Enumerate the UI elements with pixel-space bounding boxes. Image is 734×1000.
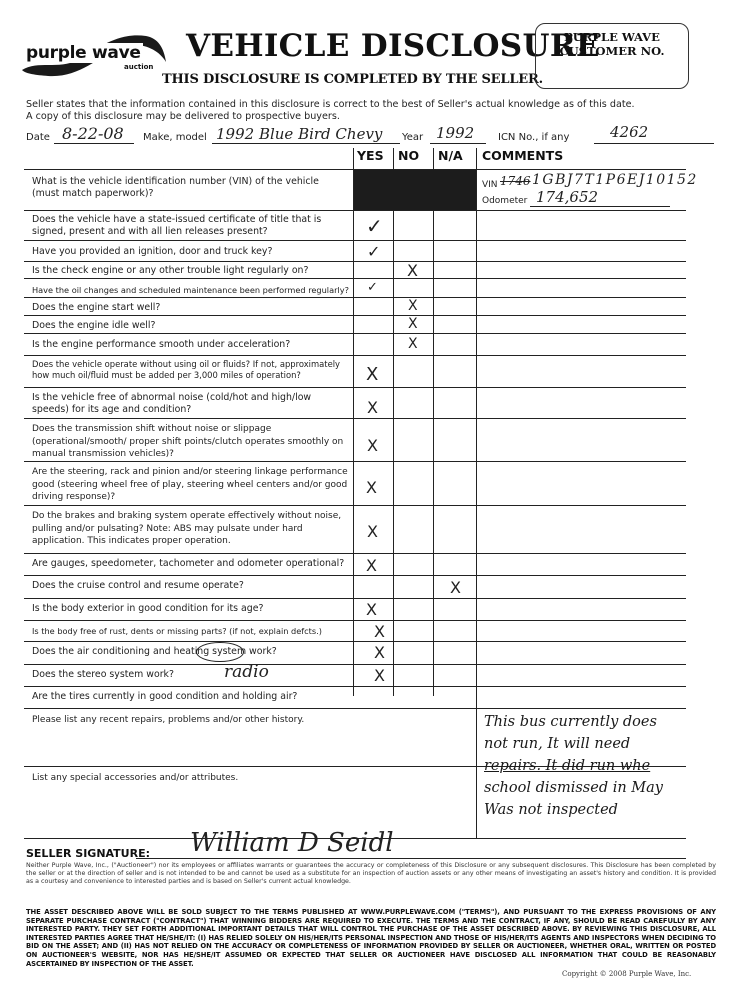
- logo-subtext: auction: [124, 63, 153, 71]
- column-header-comments: COMMENTS: [482, 148, 563, 163]
- answer-yes-brakes[interactable]: X: [367, 522, 378, 541]
- question-abnormal-noise: Is the vehicle free of abnormal noise (c…: [32, 392, 342, 416]
- answer-yes-oil-changes[interactable]: ✓: [367, 280, 378, 295]
- answer-no-engine-start[interactable]: X: [408, 298, 418, 314]
- date-label: Date: [26, 132, 50, 143]
- disclaimer-text: Neither Purple Wave, Inc., ("Auctioneer"…: [26, 862, 716, 886]
- year-value: 1992: [436, 124, 474, 142]
- question-oil-fluids: Does the vehicle operate without using o…: [32, 359, 350, 381]
- heating-circle-annotation: [196, 642, 244, 662]
- copyright-text: Copyright © 2008 Purple Wave, Inc.: [562, 970, 691, 978]
- page-subtitle: THIS DISCLOSURE IS COMPLETED BY THE SELL…: [162, 72, 543, 87]
- icn-label: ICN No., if any: [498, 132, 569, 143]
- customer-box-label-1: PURPLE WAVE: [564, 30, 660, 44]
- intro-line-2: A copy of this disclosure may be deliver…: [26, 111, 726, 123]
- vin-value[interactable]: 1GBJ7T1P6EJ10152: [532, 172, 698, 188]
- intro-text: Seller states that the information conta…: [26, 99, 726, 123]
- comment-line: school dismissed in May: [484, 777, 689, 799]
- question-keys: Have you provided an ignition, door and …: [32, 246, 272, 258]
- intro-line-1: Seller states that the information conta…: [26, 99, 726, 111]
- question-engine-performance: Is the engine performance smooth under a…: [32, 339, 290, 351]
- year-label: Year: [402, 132, 423, 143]
- year-field[interactable]: 1992: [430, 126, 486, 144]
- stereo-note: radio: [224, 662, 269, 682]
- seller-signature-value: William D Seidl: [190, 828, 394, 858]
- answer-no-engine-performance[interactable]: X: [408, 336, 418, 352]
- answer-yes-oil-fluids[interactable]: X: [366, 364, 378, 385]
- answer-yes-stereo[interactable]: X: [374, 666, 385, 685]
- column-header-na: N/A: [438, 148, 463, 163]
- answer-no-check-engine[interactable]: X: [407, 261, 418, 280]
- customer-number-box[interactable]: PURPLE WAVE CUSTOMER NO.: [535, 23, 689, 89]
- make-model-label: Make, model: [143, 132, 207, 143]
- answer-yes-keys[interactable]: ✓: [367, 242, 380, 261]
- purple-wave-logo: purple wave auction: [18, 30, 178, 82]
- odometer-value: 174,652: [536, 188, 598, 206]
- answer-na-cruise-control[interactable]: X: [450, 578, 461, 597]
- comments-handwritten[interactable]: This bus currently does not run, It will…: [484, 711, 689, 821]
- answer-yes-gauges[interactable]: X: [366, 556, 377, 575]
- date-field[interactable]: 8-22-08: [54, 126, 134, 144]
- question-stereo: Does the stereo system work?: [32, 669, 174, 681]
- terms-text: THE ASSET DESCRIBED ABOVE WILL BE SOLD S…: [26, 908, 716, 968]
- question-engine-idle: Does the engine idle well?: [32, 320, 155, 332]
- comment-line: repairs. It did run whe: [484, 755, 689, 777]
- question-body-rust: Is the body free of rust, dents or missi…: [32, 625, 322, 637]
- answer-yes-body-exterior[interactable]: X: [366, 600, 377, 619]
- question-check-engine: Is the check engine or any other trouble…: [32, 265, 308, 277]
- date-value: 8-22-08: [62, 124, 124, 143]
- seller-signature-label: SELLER SIGNATURE:: [26, 847, 150, 860]
- question-accessories: List any special accessories and/or attr…: [32, 772, 238, 784]
- question-engine-start: Does the engine start well?: [32, 302, 160, 314]
- comment-line: not run, It will need: [484, 733, 689, 755]
- divider: [433, 148, 434, 696]
- question-steering: Are the steering, rack and pinion and/or…: [32, 466, 350, 504]
- vin-struck-value: 1746: [500, 174, 531, 188]
- divider: [353, 148, 354, 696]
- question-brakes: Do the brakes and braking system operate…: [32, 510, 350, 548]
- column-header-no: NO: [398, 148, 419, 163]
- answer-yes-abnormal-noise[interactable]: X: [367, 398, 378, 417]
- question-title: Does the vehicle have a state-issued cer…: [32, 214, 347, 238]
- answer-yes-title[interactable]: ✓: [366, 214, 383, 238]
- odometer-field[interactable]: 174,652: [530, 192, 670, 207]
- logo-text: purple wave: [24, 43, 143, 63]
- customer-box-label-2: CUSTOMER NO.: [560, 44, 665, 58]
- odometer-label: Odometer: [482, 196, 527, 206]
- seller-signature-field[interactable]: [136, 858, 686, 859]
- answer-yes-steering[interactable]: X: [366, 478, 377, 497]
- answer-yes-ac-heating[interactable]: X: [374, 643, 385, 662]
- answer-yes-body-rust[interactable]: X: [374, 622, 385, 641]
- make-model-value: 1992 Blue Bird Chevy: [216, 125, 382, 143]
- comment-line: This bus currently does: [484, 711, 689, 733]
- question-transmission: Does the transmission shift without nois…: [32, 423, 350, 461]
- question-vin: What is the vehicle identification numbe…: [32, 176, 332, 200]
- question-recent-repairs: Please list any recent repairs, problems…: [32, 714, 304, 726]
- question-cruise-control: Does the cruise control and resume opera…: [32, 580, 244, 592]
- question-tires: Are the tires currently in good conditio…: [32, 691, 297, 703]
- divider: [476, 148, 477, 838]
- icn-field[interactable]: 4262: [594, 126, 714, 144]
- answer-yes-transmission[interactable]: X: [367, 436, 378, 455]
- question-body-exterior: Is the body exterior in good condition f…: [32, 603, 263, 615]
- disclosure-table: YES NO N/A COMMENTS VIN 1746 1GBJ7T1P6EJ…: [24, 148, 686, 708]
- make-model-field[interactable]: 1992 Blue Bird Chevy: [212, 126, 400, 144]
- column-header-yes: YES: [357, 148, 384, 163]
- answer-no-engine-idle[interactable]: X: [408, 316, 418, 332]
- vin-redacted-block: [354, 170, 476, 210]
- vehicle-info-line: Date 8-22-08 Make, model 1992 Blue Bird …: [26, 126, 726, 146]
- question-oil-changes: Have the oil changes and scheduled maint…: [32, 284, 349, 296]
- icn-value: 4262: [610, 123, 648, 141]
- vin-label: VIN: [482, 180, 498, 190]
- comment-line: Was not inspected: [484, 799, 689, 821]
- divider: [393, 148, 394, 696]
- question-gauges: Are gauges, speedometer, tachometer and …: [32, 558, 344, 570]
